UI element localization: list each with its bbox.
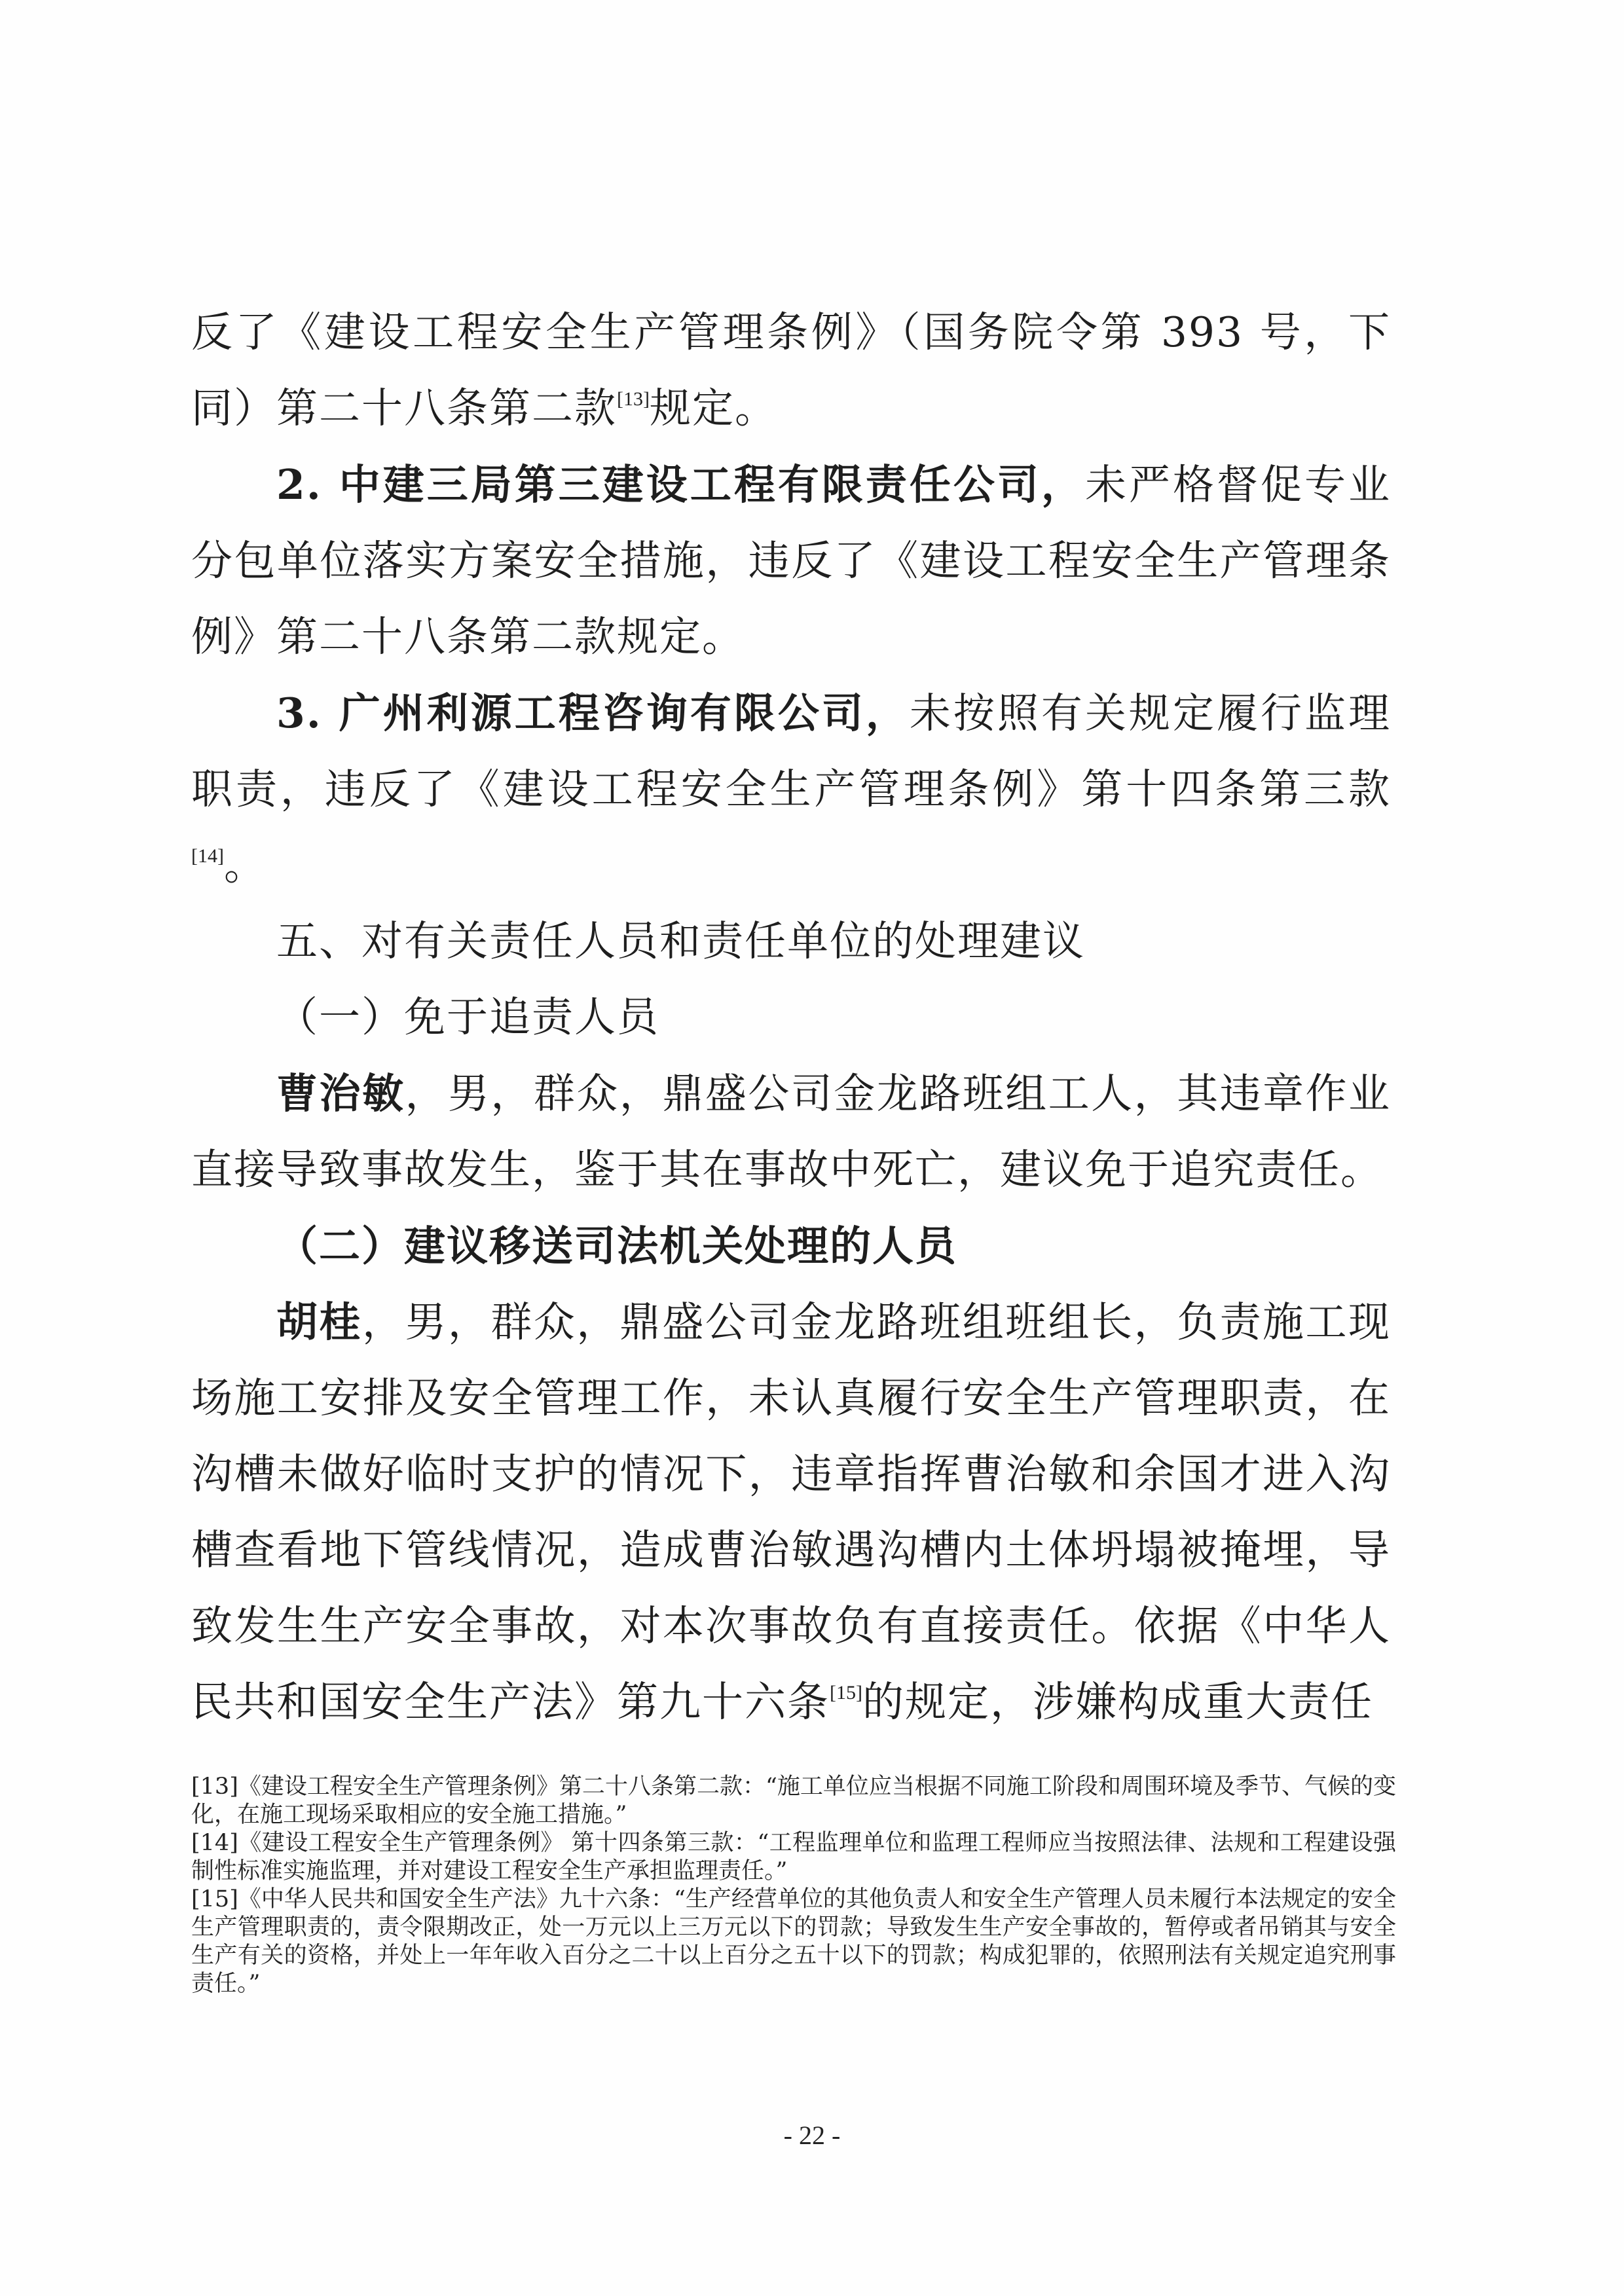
- subsection-1-heading: （一）免于追责人员: [191, 979, 1391, 1055]
- paragraph-tail: 规定。: [650, 384, 777, 432]
- person-name-cao: 曹治敏: [276, 1069, 405, 1118]
- subsection-2-heading: （二）建议移送司法机关处理的人员: [191, 1208, 1391, 1284]
- footnote-13: [13]《建设工程安全生产管理条例》第二十八条第二款：“施工单位应当根据不同施工…: [191, 1773, 1396, 1829]
- footnote-15: [15]《中华人民共和国安全生产法》九十六条：“生产经营单位的其他负责人和安全生…: [191, 1886, 1396, 1998]
- subsection-2-text: ，男，群众，鼎盛公司金龙路班组班组长，负责施工现场施工安排及安全管理工作，未认真…: [191, 1298, 1391, 1726]
- footnote-15-text: 《中华人民共和国安全生产法》九十六条：“生产经营单位的其他负责人和安全生产管理人…: [191, 1886, 1396, 1997]
- section-5-heading: 五、对有关责任人员和责任单位的处理建议: [191, 903, 1391, 979]
- footnote-ref-14[interactable]: [14]: [191, 845, 224, 867]
- person-name-hu: 胡桂: [276, 1298, 362, 1346]
- paragraph-text: 反了《建设工程安全生产管理条例》（国务院令第 393 号，下同）第二十八条第二款: [191, 308, 1391, 432]
- continuation-paragraph: 反了《建设工程安全生产管理条例》（国务院令第 393 号，下同）第二十八条第二款…: [191, 295, 1391, 446]
- item-3-company-name: 3. 广州利源工程咨询有限公司，: [276, 689, 910, 737]
- page-number: - 22 -: [0, 2120, 1624, 2151]
- footnote-15-id: [15]: [191, 1886, 238, 1912]
- footnote-ref-13[interactable]: [13]: [617, 388, 650, 410]
- subsection-2-tail: 的规定，涉嫌构成重大责任: [862, 1678, 1373, 1726]
- subsection-1-paragraph: 曹治敏，男，群众，鼎盛公司金龙路班组工人，其违章作业直接导致事故发生，鉴于其在事…: [191, 1055, 1391, 1208]
- footnote-14-text: 《建设工程安全生产管理条例》 第十四条第三款：“工程监理单位和监理工程师应当按照…: [191, 1830, 1396, 1884]
- footnote-14: [14]《建设工程安全生产管理条例》 第十四条第三款：“工程监理单位和监理工程师…: [191, 1829, 1396, 1886]
- footnote-14-id: [14]: [191, 1830, 238, 1856]
- item-3-paragraph: 3. 广州利源工程咨询有限公司，未按照有关规定履行监理职责，违反了《建设工程安全…: [191, 675, 1391, 903]
- subsection-2-paragraph: 胡桂，男，群众，鼎盛公司金龙路班组班组长，负责施工现场施工安排及安全管理工作，未…: [191, 1284, 1391, 1740]
- item-2-paragraph: 2. 中建三局第三建设工程有限责任公司，未严格督促专业分包单位落实方案安全措施，…: [191, 446, 1391, 675]
- item-2-company-name: 2. 中建三局第三建设工程有限责任公司，: [276, 460, 1085, 509]
- footnote-ref-15[interactable]: [15]: [830, 1682, 862, 1704]
- body-text: 反了《建设工程安全生产管理条例》（国务院令第 393 号，下同）第二十八条第二款…: [191, 295, 1391, 1740]
- footnotes: [13]《建设工程安全生产管理条例》第二十八条第二款：“施工单位应当根据不同施工…: [191, 1773, 1396, 1998]
- item-3-tail: 。: [224, 841, 267, 889]
- footnote-13-text: 《建设工程安全生产管理条例》第二十八条第二款：“施工单位应当根据不同施工阶段和周…: [191, 1774, 1396, 1828]
- document-page: 反了《建设工程安全生产管理条例》（国务院令第 393 号，下同）第二十八条第二款…: [0, 0, 1624, 2296]
- footnote-13-id: [13]: [191, 1774, 238, 1800]
